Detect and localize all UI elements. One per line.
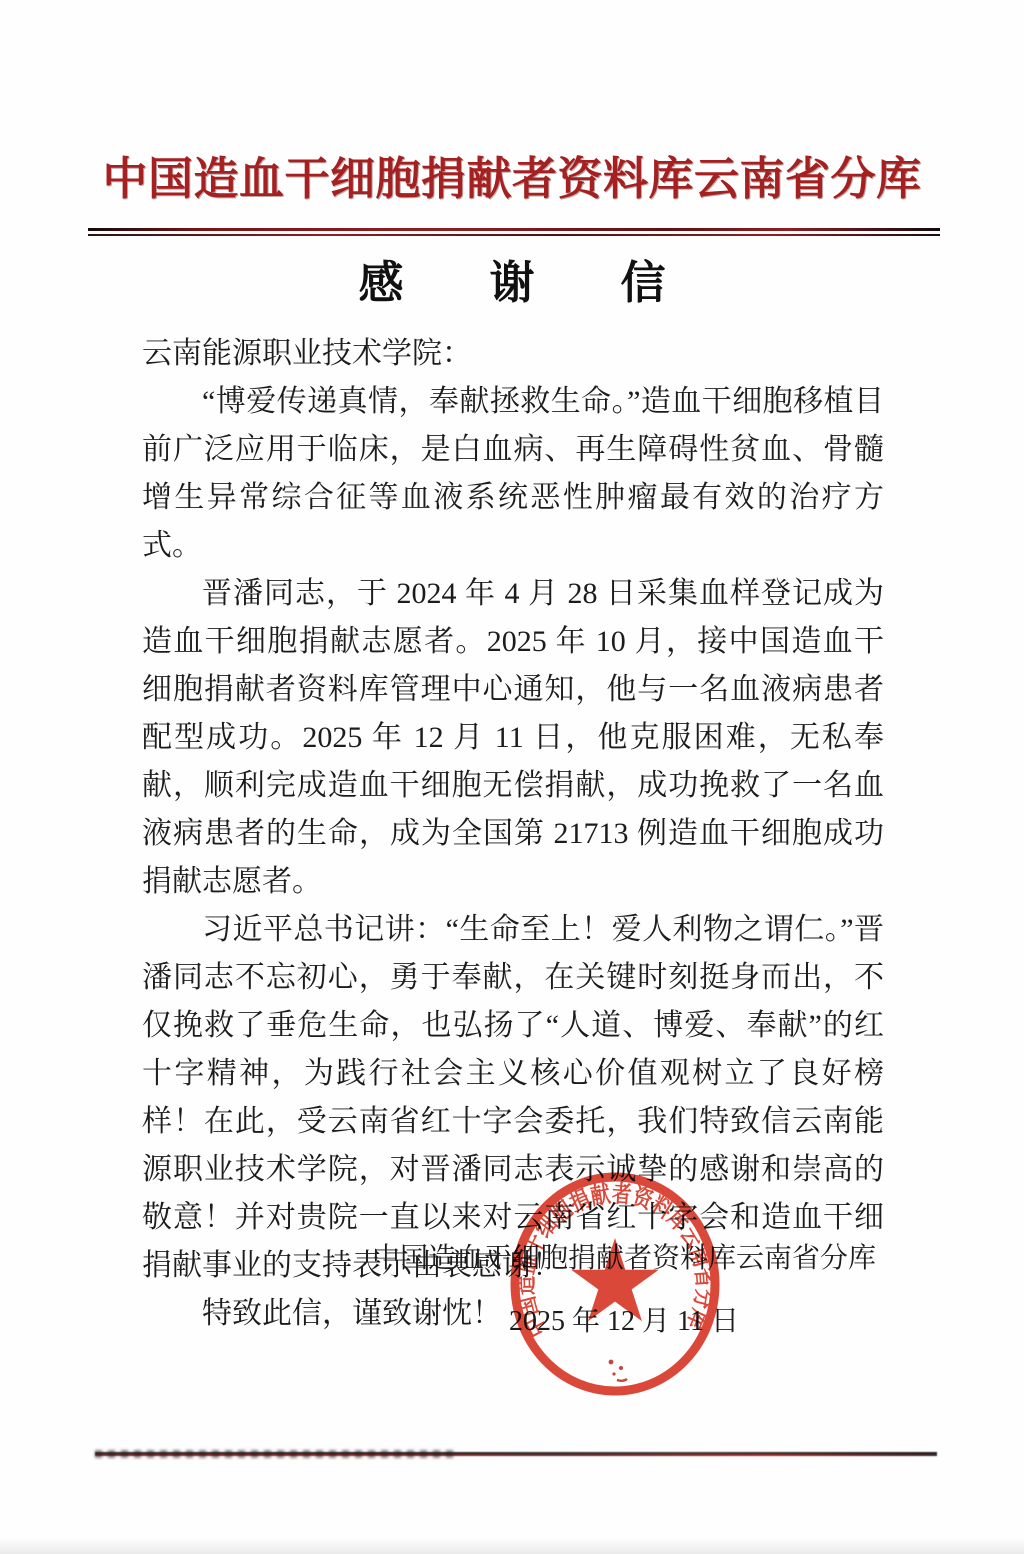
footer-smudge-blur [95, 1450, 455, 1458]
letterhead-divider-top-line [88, 228, 940, 231]
paragraph-2: 晋潘同志，于 2024 年 4 月 28 日采集血样登记成为造血干细胞捐献志愿者… [142, 570, 884, 906]
letter-title: 感 谢 信 [0, 246, 1024, 311]
letterhead-divider-bottom-line [88, 234, 940, 236]
letter-title-char: 谢 [489, 246, 534, 311]
footer-smudge-line [95, 1452, 937, 1457]
letter-title-char: 感 [358, 246, 403, 311]
letterhead-divider [88, 228, 940, 236]
page-bottom-shadow [0, 1538, 1024, 1554]
salutation: 云南能源职业技术学院： [142, 330, 884, 378]
letterhead-title: 中国造血干细胞捐献者资料库云南省分库 [0, 142, 1024, 207]
seal-ink-marks [609, 1360, 627, 1381]
letter-page: 中国造血干细胞捐献者资料库云南省分库 感 谢 信 云南能源职业技术学院： “博爱… [0, 0, 1024, 1554]
paragraph-1: “博爱传递真情，奉献拯救生命。”造血干细胞移植目前广泛应用于临床，是白血病、再生… [142, 378, 884, 570]
official-seal: 中国造血干细胞捐献者资料库云南省分库 [504, 1166, 726, 1402]
seal-star-icon [571, 1238, 658, 1321]
letter-title-char: 信 [621, 246, 666, 311]
